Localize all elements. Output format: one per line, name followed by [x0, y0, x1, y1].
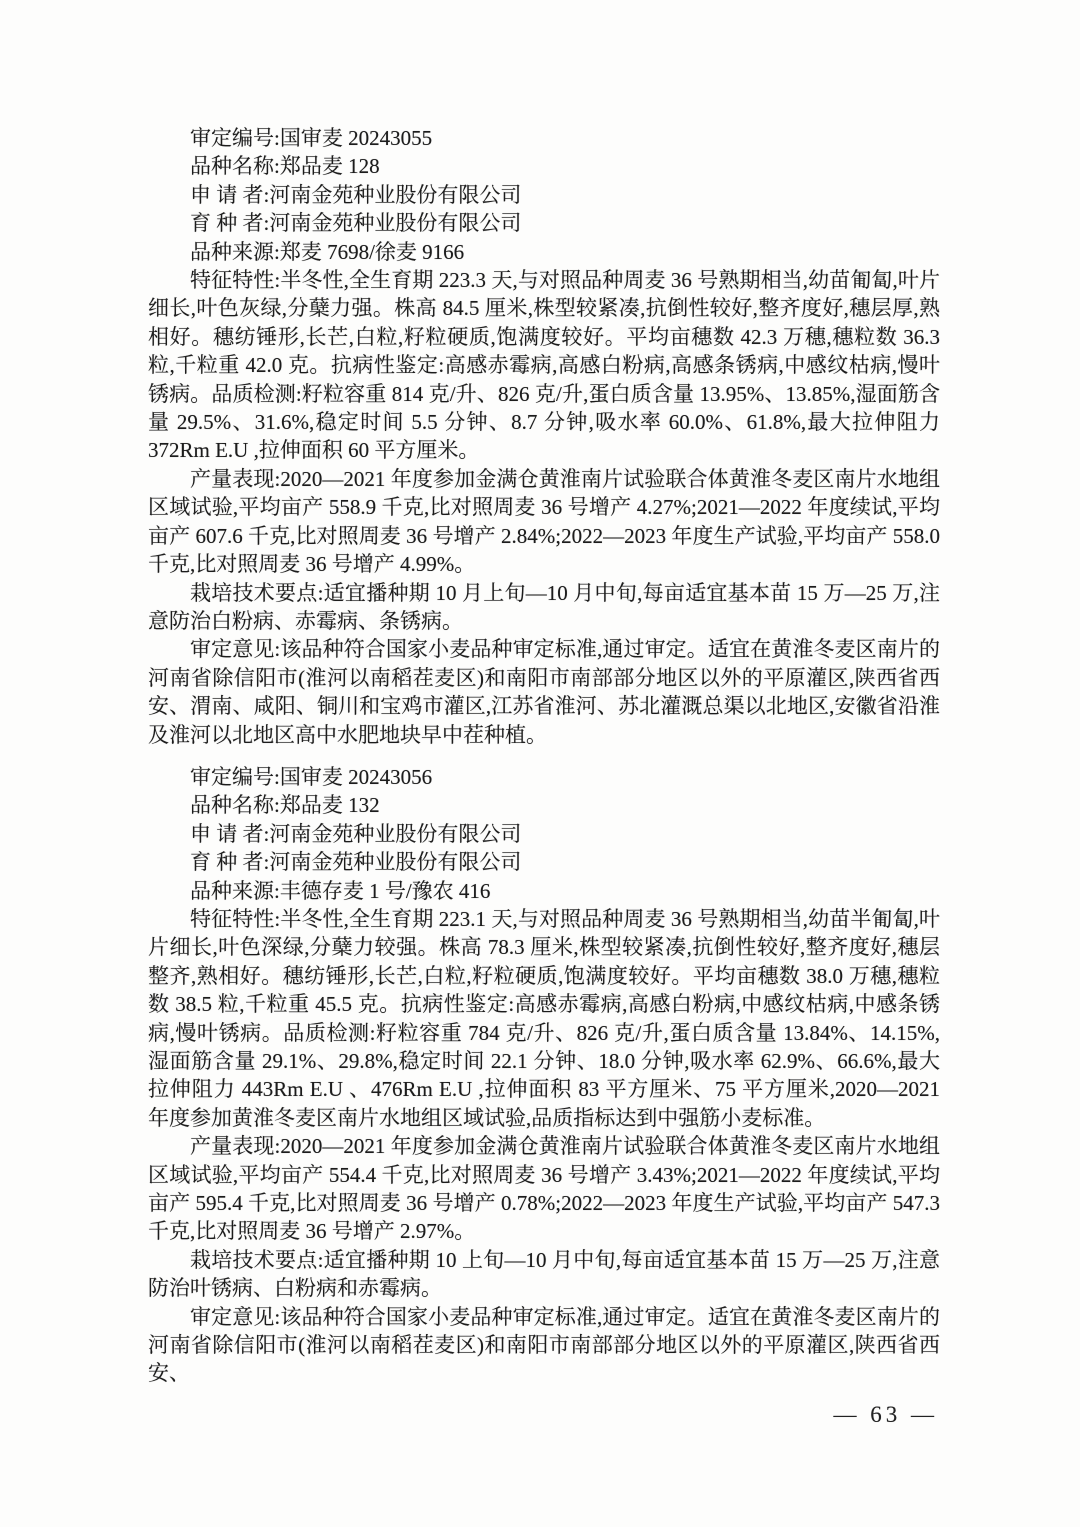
paragraph-approval-opinion: 审定意见:该品种符合国家小麦品种审定标准,通过审定。适宜在黄淮冬麦区南片的河南省… [148, 1303, 940, 1388]
variety-name-line: 品种名称:郑品麦 132 [148, 791, 940, 819]
paragraph-characteristics: 特征特性:半冬性,全生育期 223.3 天,与对照品种周麦 36 号熟期相当,幼… [148, 266, 940, 465]
breeder-line: 育 种 者:河南金苑种业股份有限公司 [148, 848, 940, 876]
paragraph-yield-performance: 产量表现:2020—2021 年度参加金满仓黄淮南片试验联合体黄淮冬麦区南片水地… [148, 465, 940, 579]
page-content: 审定编号:国审麦 20243055 品种名称:郑品麦 128 申 请 者:河南金… [148, 124, 940, 1388]
page-number: — 63 — [0, 1402, 938, 1428]
breeder-line: 育 种 者:河南金苑种业股份有限公司 [148, 209, 940, 237]
variety-section-20243056: 审定编号:国审麦 20243056 品种名称:郑品麦 132 申 请 者:河南金… [148, 763, 940, 1388]
variety-source-line: 品种来源:郑麦 7698/徐麦 9166 [148, 238, 940, 266]
paragraph-cultivation-points: 栽培技术要点:适宜播种期 10 月上旬—10 月中旬,每亩适宜基本苗 15 万—… [148, 579, 940, 636]
variety-source-line: 品种来源:丰德存麦 1 号/豫农 416 [148, 877, 940, 905]
approval-number-line: 审定编号:国审麦 20243056 [148, 763, 940, 791]
variety-section-20243055: 审定编号:国审麦 20243055 品种名称:郑品麦 128 申 请 者:河南金… [148, 124, 940, 749]
variety-name-line: 品种名称:郑品麦 128 [148, 152, 940, 180]
applicant-line: 申 请 者:河南金苑种业股份有限公司 [148, 181, 940, 209]
paragraph-approval-opinion: 审定意见:该品种符合国家小麦品种审定标准,通过审定。适宜在黄淮冬麦区南片的河南省… [148, 635, 940, 749]
paragraph-yield-performance: 产量表现:2020—2021 年度参加金满仓黄淮南片试验联合体黄淮冬麦区南片水地… [148, 1132, 940, 1246]
paragraph-cultivation-points: 栽培技术要点:适宜播种期 10 上旬—10 月中旬,每亩适宜基本苗 15 万—2… [148, 1246, 940, 1303]
applicant-line: 申 请 者:河南金苑种业股份有限公司 [148, 820, 940, 848]
approval-number-line: 审定编号:国审麦 20243055 [148, 124, 940, 152]
paragraph-characteristics: 特征特性:半冬性,全生育期 223.1 天,与对照品种周麦 36 号熟期相当,幼… [148, 905, 940, 1132]
scanned-document-page: 审定编号:国审麦 20243055 品种名称:郑品麦 128 申 请 者:河南金… [0, 0, 1080, 1527]
